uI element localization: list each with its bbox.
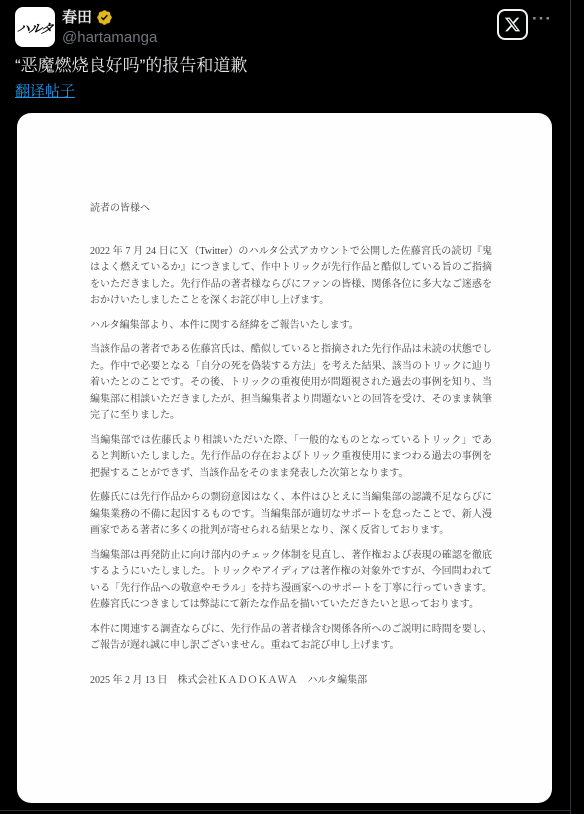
- document-content: 読者の皆様へ 2022 年 7 月 24 日にＸ（Twitter）のハルタ公式ア…: [17, 113, 552, 689]
- document-paragraph: ハルタ編集部より、本件に関する経緯をご報告いたします。: [90, 318, 492, 335]
- timeline-right-border: [570, 0, 571, 814]
- document-paragraph: 本件に関連する調査ならびに、先行作品の著者様含む関係各所へのご説明に時間を要し、…: [90, 622, 492, 655]
- tweet-screen: ハルタ 春田 @hartamanga ··· “恶魔燃烧良好吗”的报告和道歉 翻…: [0, 0, 584, 814]
- x-logo-icon: [504, 16, 521, 33]
- gold-verified-icon: [96, 9, 113, 26]
- avatar[interactable]: ハルタ: [15, 7, 55, 47]
- document-greeting: 読者の皆様へ: [90, 201, 492, 218]
- attached-document-image[interactable]: 読者の皆様へ 2022 年 7 月 24 日にＸ（Twitter）のハルタ公式ア…: [17, 113, 552, 803]
- document-paragraph: 2022 年 7 月 24 日にＸ（Twitter）のハルタ公式アカウントで公開…: [90, 244, 492, 310]
- view-on-x-button[interactable]: [497, 9, 528, 40]
- document-paragraph: 佐藤氏には先行作品からの剽窃意図はなく、本件はひとえに当編集部の認識不足ならびに…: [90, 490, 492, 540]
- document-paragraph: 当編集部では佐藤氏より相談いただいた際、「一般的なものとなっているトリック」であ…: [90, 433, 492, 483]
- translate-link[interactable]: 翻译帖子: [15, 82, 75, 102]
- author-block: 春田 @hartamanga: [62, 8, 157, 47]
- author-name[interactable]: 春田: [62, 8, 92, 27]
- more-options-button[interactable]: ···: [532, 7, 552, 31]
- tweet-bottom-border: [0, 810, 570, 811]
- post-text: “恶魔燃烧良好吗”的报告和道歉: [15, 54, 555, 78]
- document-signature: 2025 年 2 月 13 日 株式会社ＫＡＤＯＫＡＷＡ ハルタ編集部: [90, 673, 492, 690]
- author-handle[interactable]: @hartamanga: [62, 28, 157, 47]
- document-paragraph: 当該作品の著者である佐藤宮氏は、酷似していると指摘された先行作品は未読の状態でし…: [90, 342, 492, 425]
- avatar-logo-text: ハルタ: [16, 18, 54, 37]
- document-paragraph: 当編集部は再発防止に向け部内のチェック体制を見直し、著作権および表現の確認を徹底…: [90, 548, 492, 614]
